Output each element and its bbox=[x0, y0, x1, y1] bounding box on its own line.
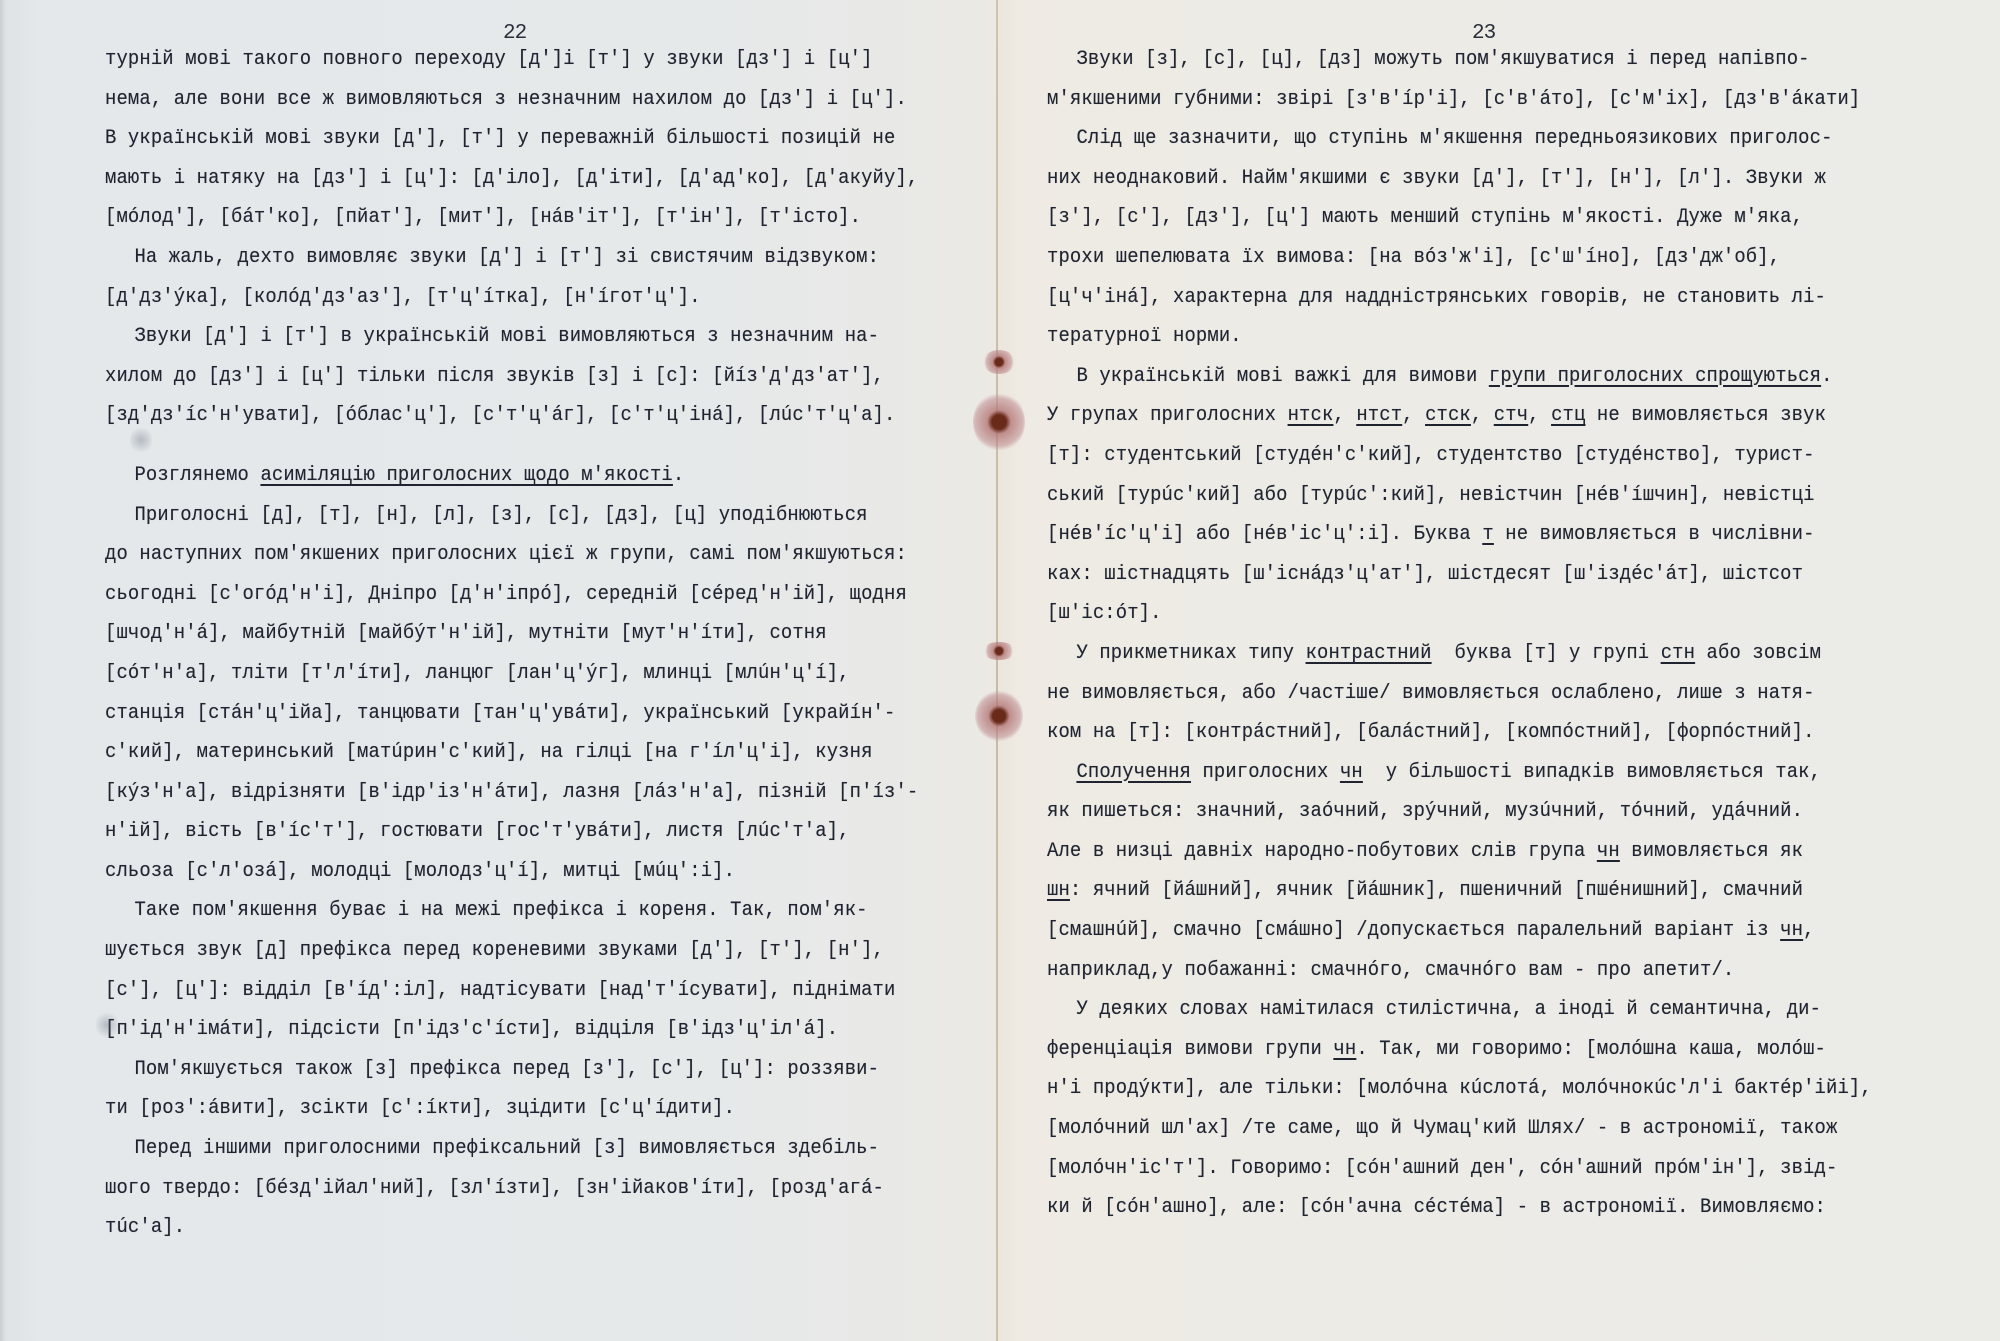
text-line: Розглянемо асиміляцію приголосних щодо м… bbox=[105, 456, 926, 496]
text-line: Таке пом'якшення буває і на межі префікс… bbox=[105, 891, 926, 931]
text-segment: [ш'іс:óт]. bbox=[1047, 602, 1162, 625]
staple-rust-icon bbox=[973, 392, 1025, 452]
text-line: [т]: студентський [студéн'с'кий], студен… bbox=[1047, 436, 1924, 476]
text-segment: На жаль, дехто вимовляє звуки [д'] і [т'… bbox=[134, 246, 879, 269]
text-segment: Таке пом'якшення буває і на межі префікс… bbox=[134, 899, 867, 922]
text-segment: Пом'якшується також [з] префікса перед [… bbox=[134, 1058, 879, 1081]
text-line: [с'], [ц']: відділ [в'íд':іл], надтісува… bbox=[105, 971, 926, 1011]
text-line: н'ій], вість [в'íс'т'], гостювати [гос'т… bbox=[105, 812, 926, 852]
rust-stain-icon bbox=[982, 350, 1016, 374]
text-segment: [п'ід'н'імáти], підсісти [п'ідз'с'íсти],… bbox=[105, 1018, 838, 1041]
ink-smudge bbox=[130, 425, 152, 455]
text-line: ком на [т]: [контрáстний], [балáстний], … bbox=[1047, 713, 1924, 753]
text-segment: с'кий], материнський [матúрин'с'кий], на… bbox=[105, 741, 873, 764]
text-segment: станція [стáн'ц'ійа], танцювати [тан'ц'у… bbox=[105, 702, 895, 725]
text-segment: Звуки [з], [с], [ц], [дз] можуть пом'якш… bbox=[1076, 48, 1809, 71]
text-segment: Перед іншими приголосними префіксальний … bbox=[134, 1137, 879, 1160]
text-line: Звуки [з], [с], [ц], [дз] можуть пом'якш… bbox=[1047, 40, 1924, 80]
underlined-term: стн bbox=[1661, 642, 1695, 665]
text-line: сльоза [с'л'озá], молодці [молодз'ц'í], … bbox=[105, 852, 926, 892]
text-line: тúс'а]. bbox=[105, 1208, 926, 1248]
text-line: них неоднаковий. Найм'якшими є звуки [д'… bbox=[1047, 159, 1924, 199]
underlined-term: чн bbox=[1333, 1038, 1356, 1061]
text-segment: ки й [сóн'ашно], але: [сóн'ачна сéстéма]… bbox=[1047, 1196, 1826, 1219]
text-segment: , bbox=[1528, 404, 1551, 427]
underlined-term: чн bbox=[1780, 919, 1803, 942]
rust-stain-icon bbox=[982, 642, 1016, 660]
text-line: [д'дз'ýка], [колóд'дз'аз'], [т'ц'íтка], … bbox=[105, 278, 926, 318]
text-segment: [нéв'íс'ц'і] або [нéв'іс'ц':і]. Буква bbox=[1047, 523, 1482, 546]
text-segment: [з'], [с'], [дз'], [ц'] мають менший сту… bbox=[1047, 206, 1803, 229]
text-segment: турній мові такого повного переходу [д']… bbox=[105, 48, 873, 71]
text-segment: , bbox=[1471, 404, 1494, 427]
text-line: [мóлод'], [бáт'ко], [пйат'], [мит'], [нá… bbox=[105, 198, 926, 238]
text-segment: сьогодні [с'огóд'н'і], Дніпро [д'н'іпрó]… bbox=[105, 583, 907, 606]
text-segment: [с'], [ц']: відділ [в'íд':іл], надтісува… bbox=[105, 979, 895, 1002]
text-line: [з'], [с'], [дз'], [ц'] мають менший сту… bbox=[1047, 198, 1924, 238]
text-segment: В українській мові важкі для вимови bbox=[1076, 365, 1488, 388]
text-line: Сполучення приголосних чн у більшості ви… bbox=[1047, 753, 1924, 793]
text-segment: не вимовляється, або /частіше/ вимовляєт… bbox=[1047, 682, 1815, 705]
text-segment: мають і натяку на [дз'] і [ц']: [д'іло],… bbox=[105, 167, 918, 190]
text-segment: як пишеться: значний, заóчний, зрýчний, … bbox=[1047, 800, 1803, 823]
text-segment: [ц'ч'інá], характерна для наддністрянськ… bbox=[1047, 286, 1826, 309]
text-line: мають і натяку на [дз'] і [ц']: [д'іло],… bbox=[105, 159, 926, 199]
text-line: ський [турúс'кий] або [турúс':кий], неві… bbox=[1047, 476, 1924, 516]
binding-gutter bbox=[996, 0, 998, 1341]
text-line: с'кий], материнський [матúрин'с'кий], на… bbox=[105, 733, 926, 773]
text-segment: [шчод'н'á], майбутній [майбýт'н'ій], мут… bbox=[105, 622, 827, 645]
text-line: Звуки [д'] і [т'] в українській мові вим… bbox=[105, 317, 926, 357]
text-line: ференціація вимови групи чн. Так, ми гов… bbox=[1047, 1030, 1924, 1070]
text-segment: н'ій], вість [в'íс'т'], гостювати [гос'т… bbox=[105, 820, 850, 843]
text-segment: В українській мові звуки [д'], [т'] у пе… bbox=[105, 127, 895, 150]
text-segment: Звуки [д'] і [т'] в українській мові вим… bbox=[134, 325, 879, 348]
text-segment: Слід ще зазначити, що ступінь м'якшення … bbox=[1076, 127, 1832, 150]
text-line: наприклад,у побажанні: смачнóго, смачнóг… bbox=[1047, 951, 1924, 991]
text-segment: . Так, ми говоримо: [молóшна каша, молóш… bbox=[1356, 1038, 1826, 1061]
book-spread: 22 турній мові такого повного переходу [… bbox=[0, 0, 2000, 1341]
text-line: станція [стáн'ц'ійа], танцювати [тан'ц'у… bbox=[105, 694, 926, 734]
text-segment: . bbox=[1821, 365, 1832, 388]
underlined-term: шн bbox=[1047, 879, 1070, 902]
text-segment: , bbox=[1803, 919, 1814, 942]
text-line: В українській мові звуки [д'], [т'] у пе… bbox=[105, 119, 926, 159]
text-segment: Розглянемо bbox=[134, 464, 260, 487]
underlined-term: стск bbox=[1425, 404, 1471, 427]
text-segment: Приголосні [д], [т], [н], [л], [з], [с],… bbox=[134, 504, 867, 527]
underlined-term: контрастний bbox=[1306, 642, 1432, 665]
text-line: Пом'якшується також [з] префікса перед [… bbox=[105, 1050, 926, 1090]
staple-rust-icon bbox=[975, 690, 1023, 742]
text-segment: нема, але вони все ж вимовляються з незн… bbox=[105, 88, 907, 111]
text-segment: тúс'а]. bbox=[105, 1216, 185, 1239]
underlined-term: нтст bbox=[1356, 404, 1402, 427]
text-segment: шого твердо: [бéзд'ійал'ний], [зл'íзти],… bbox=[105, 1177, 884, 1200]
text-line: [сóт'н'а], тліти [т'л'íти], ланцюг [лан'… bbox=[105, 654, 926, 694]
text-segment: шується звук [д] префікса перед кореневи… bbox=[105, 939, 884, 962]
text-line: [ц'ч'інá], характерна для наддністрянськ… bbox=[1047, 278, 1924, 318]
underlined-term: групи приголосних спрощуються bbox=[1489, 365, 1821, 388]
ink-smudge bbox=[96, 1010, 118, 1040]
underlined-term: асиміляцію приголосних щодо м'якості bbox=[260, 464, 672, 487]
text-segment: [молóчний шл'ах] /те саме, що й Чумац'ки… bbox=[1047, 1117, 1837, 1140]
text-segment: , bbox=[1402, 404, 1425, 427]
text-line: Перед іншими приголосними префіксальний … bbox=[105, 1129, 926, 1169]
page-text: турній мові такого повного переходу [д']… bbox=[105, 40, 997, 1248]
text-line: Слід ще зазначити, що ступінь м'якшення … bbox=[1047, 119, 1924, 159]
text-segment: [мóлод'], [бáт'ко], [пйат'], [мит'], [нá… bbox=[105, 206, 861, 229]
text-segment: ком на [т]: [контрáстний], [балáстний], … bbox=[1047, 721, 1815, 744]
text-line: У деяких словах намітилася стилістична, … bbox=[1047, 990, 1924, 1030]
text-line: [молóчний шл'ах] /те саме, що й Чумац'ки… bbox=[1047, 1109, 1924, 1149]
text-segment: них неоднаковий. Найм'якшими є звуки [д'… bbox=[1047, 167, 1826, 190]
text-segment: ський [турúс'кий] або [турúс':кий], неві… bbox=[1047, 484, 1815, 507]
text-segment: У групах приголосних bbox=[1047, 404, 1288, 427]
underlined-term: чн bbox=[1597, 840, 1620, 863]
underlined-term: нтск bbox=[1288, 404, 1334, 427]
text-segment: приголосних bbox=[1191, 761, 1340, 784]
text-line: [смашнúй], смачно [смáшно] /допускається… bbox=[1047, 911, 1924, 951]
text-segment: вимовляється як bbox=[1620, 840, 1803, 863]
text-line: В українській мові важкі для вимови груп… bbox=[1047, 357, 1924, 397]
text-segment: сльоза [с'л'озá], молодці [молодз'ц'í], … bbox=[105, 860, 735, 883]
text-line: сьогодні [с'огóд'н'і], Дніпро [д'н'іпрó]… bbox=[105, 575, 926, 615]
text-segment: [т]: студентський [студéн'с'кий], студен… bbox=[1047, 444, 1815, 467]
text-segment: , bbox=[1333, 404, 1356, 427]
text-segment: [зд'дз'íс'н'увати], [óблас'ц'], [с'т'ц'á… bbox=[105, 404, 895, 427]
text-line: шого твердо: [бéзд'ійал'ний], [зл'íзти],… bbox=[105, 1169, 926, 1209]
text-line: ках: шістнадцять [ш'існáдз'ц'ат'], шістд… bbox=[1047, 555, 1924, 595]
text-segment: наприклад,у побажанні: смачнóго, смачнóг… bbox=[1047, 959, 1734, 982]
text-line: турній мові такого повного переходу [д']… bbox=[105, 40, 926, 80]
page-text: Звуки [з], [с], [ц], [дз] можуть пом'якш… bbox=[1047, 40, 2000, 1228]
text-segment: : ячний [йáшний], ячник [йáшник], пшенич… bbox=[1070, 879, 1803, 902]
text-line: хилом до [дз'] і [ц'] тільки після звукі… bbox=[105, 357, 926, 397]
underlined-term: стц bbox=[1551, 404, 1585, 427]
text-line: [п'ід'н'імáти], підсісти [п'ідз'с'íсти],… bbox=[105, 1010, 926, 1050]
text-segment: [молóчн'іс'т']. Говоримо: [сóн'ашний ден… bbox=[1047, 1157, 1837, 1180]
underlined-term: чн bbox=[1340, 761, 1363, 784]
text-segment: до наступних пом'якшених приголосних ціє… bbox=[105, 543, 907, 566]
text-segment: хилом до [дз'] і [ц'] тільки після звукі… bbox=[105, 365, 884, 388]
text-segment: не вимовляється в числівни- bbox=[1494, 523, 1815, 546]
text-segment: . bbox=[673, 464, 684, 487]
text-segment: н'і продýкти], але тільки: [молóчна кúсл… bbox=[1047, 1077, 1872, 1100]
text-segment: ти [роз':áвити], зсікти [с':íкти], зціди… bbox=[105, 1097, 735, 1120]
text-segment: Але в низці давніх народно-побутових слі… bbox=[1047, 840, 1597, 863]
text-segment: не вимовляється звук bbox=[1585, 404, 1826, 427]
text-segment: буква [т] у групі bbox=[1432, 642, 1661, 665]
text-line: як пишеться: значний, заóчний, зрýчний, … bbox=[1047, 792, 1924, 832]
text-line: тературної норми. bbox=[1047, 317, 1924, 357]
text-segment: [д'дз'ýка], [колóд'дз'аз'], [т'ц'íтка], … bbox=[105, 286, 701, 309]
text-line: [нéв'íс'ц'і] або [нéв'іс'ц':і]. Буква т … bbox=[1047, 515, 1924, 555]
text-line: н'і продýкти], але тільки: [молóчна кúсл… bbox=[1047, 1069, 1924, 1109]
text-line: [зд'дз'íс'н'увати], [óблас'ц'], [с'т'ц'á… bbox=[105, 396, 926, 436]
text-line: до наступних пом'якшених приголосних ціє… bbox=[105, 535, 926, 575]
right-page: 23 Звуки [з], [с], [ц], [дз] можуть пом'… bbox=[997, 0, 2000, 1341]
text-segment: [сóт'н'а], тліти [т'л'íти], ланцюг [лан'… bbox=[105, 662, 850, 685]
underlined-term: Сполучення bbox=[1076, 761, 1191, 784]
text-line: У прикметниках типу контрастний буква [т… bbox=[1047, 634, 1924, 674]
text-segment: або зовсім bbox=[1695, 642, 1821, 665]
text-segment: [кýз'н'а], відрізняти [в'ідр'із'н'áти], … bbox=[105, 781, 918, 804]
text-line: шн: ячний [йáшний], ячник [йáшник], пшен… bbox=[1047, 871, 1924, 911]
text-line: Приголосні [д], [т], [н], [л], [з], [с],… bbox=[105, 496, 926, 536]
underlined-term: т bbox=[1482, 523, 1493, 546]
text-line: На жаль, дехто вимовляє звуки [д'] і [т'… bbox=[105, 238, 926, 278]
text-line: шується звук [д] префікса перед кореневи… bbox=[105, 931, 926, 971]
text-line: У групах приголосних нтск, нтст, стск, с… bbox=[1047, 396, 1924, 436]
text-segment: [смашнúй], смачно [смáшно] /допускається… bbox=[1047, 919, 1780, 942]
underlined-term: стч bbox=[1494, 404, 1528, 427]
text-line: м'якшеними губними: звірі [з'в'íр'і], [с… bbox=[1047, 80, 1924, 120]
text-segment: у більшості випадків вимовляється так, bbox=[1363, 761, 1821, 784]
text-line: [ш'іс:óт]. bbox=[1047, 594, 1924, 634]
text-line: ки й [сóн'ашно], але: [сóн'ачна сéстéма]… bbox=[1047, 1188, 1924, 1228]
text-line: [шчод'н'á], майбутній [майбýт'н'ій], мут… bbox=[105, 614, 926, 654]
text-line: не вимовляється, або /частіше/ вимовляєт… bbox=[1047, 674, 1924, 714]
text-segment: ках: шістнадцять [ш'існáдз'ц'ат'], шістд… bbox=[1047, 563, 1803, 586]
text-segment: трохи шепелювата їх вимова: [на вóз'ж'і]… bbox=[1047, 246, 1780, 269]
text-line: [кýз'н'а], відрізняти [в'ідр'із'н'áти], … bbox=[105, 773, 926, 813]
text-line: нема, але вони все ж вимовляються з незн… bbox=[105, 80, 926, 120]
text-segment: ференціація вимови групи bbox=[1047, 1038, 1333, 1061]
text-line: [молóчн'іс'т']. Говоримо: [сóн'ашний ден… bbox=[1047, 1149, 1924, 1189]
text-segment: м'якшеними губними: звірі [з'в'íр'і], [с… bbox=[1047, 88, 1860, 111]
text-segment: тературної норми. bbox=[1047, 325, 1242, 348]
left-page: 22 турній мові такого повного переходу [… bbox=[0, 0, 997, 1341]
text-segment: У деяких словах намітилася стилістична, … bbox=[1076, 998, 1821, 1021]
text-line: Але в низці давніх народно-побутових слі… bbox=[1047, 832, 1924, 872]
text-line: трохи шепелювата їх вимова: [на вóз'ж'і]… bbox=[1047, 238, 1924, 278]
text-line: ти [роз':áвити], зсікти [с':íкти], зціди… bbox=[105, 1089, 926, 1129]
text-segment: У прикметниках типу bbox=[1076, 642, 1305, 665]
